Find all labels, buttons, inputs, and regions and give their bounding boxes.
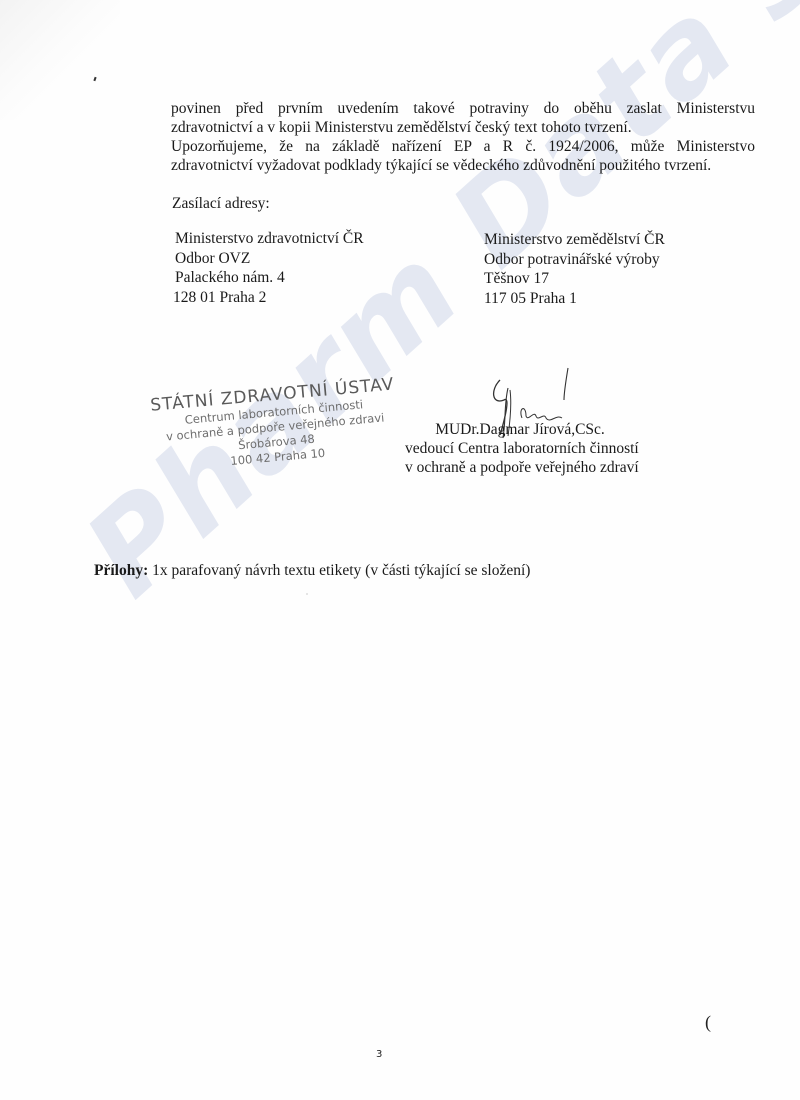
page-fold-shadow bbox=[0, 0, 120, 120]
watermark: Pharm Data s.r.o. bbox=[60, 0, 800, 623]
scan-speck bbox=[306, 593, 308, 595]
address-line: Palackého nám. 4 bbox=[175, 268, 364, 288]
attachments-line: Přílohy: 1x parafovaný návrh textu etike… bbox=[94, 561, 530, 580]
attachments-text: 1x parafovaný návrh textu etikety (v čás… bbox=[148, 562, 530, 579]
address-line: Odbor OVZ bbox=[175, 249, 364, 269]
institution-stamp: STÁTNÍ ZDRAVOTNÍ ÚSTAV Centrum laborator… bbox=[137, 373, 413, 476]
body-line: Upozorňujeme, že na základě nařízení EP … bbox=[171, 137, 755, 156]
attachments-label: Přílohy: bbox=[94, 562, 148, 579]
signature-block: MUDr.Dagmar Jírová,CSc. vedoucí Centra l… bbox=[405, 420, 635, 477]
body-line: povinen před prvním uvedením takové potr… bbox=[171, 99, 755, 118]
address-line: Ministerstvo zemědělství ČR bbox=[484, 230, 665, 250]
address-line: Odbor potravinářské výroby bbox=[484, 250, 665, 270]
pen-mark: ( bbox=[705, 1012, 711, 1033]
address-line: 128 01 Praha 2 bbox=[173, 288, 364, 308]
body-line: zdravotnictví vyžadovat podklady týkajíc… bbox=[171, 156, 755, 175]
signatory-name: MUDr.Dagmar Jírová,CSc. bbox=[405, 420, 635, 439]
signatory-role: vedoucí Centra laboratorních činností bbox=[405, 439, 635, 458]
address-line: Těšnov 17 bbox=[484, 269, 665, 289]
address-ministry-agriculture: Ministerstvo zemědělství ČR Odbor potrav… bbox=[484, 230, 665, 308]
page-number: 3 bbox=[376, 1049, 382, 1060]
address-line: Ministerstvo zdravotnictví ČR bbox=[175, 229, 364, 249]
address-line: 117 05 Praha 1 bbox=[484, 289, 665, 309]
body-line: zdravotnictví a v kopii Ministerstvu zem… bbox=[171, 118, 755, 137]
document-page: Pharm Data s.r.o. povinen před prvním uv… bbox=[0, 0, 800, 1100]
address-ministry-health: Ministerstvo zdravotnictví ČR Odbor OVZ … bbox=[175, 229, 364, 307]
signatory-role: v ochraně a podpoře veřejného zdraví bbox=[405, 458, 635, 477]
addresses-label: Zasílací adresy: bbox=[172, 194, 270, 213]
body-paragraph: povinen před prvním uvedením takové potr… bbox=[171, 99, 755, 175]
